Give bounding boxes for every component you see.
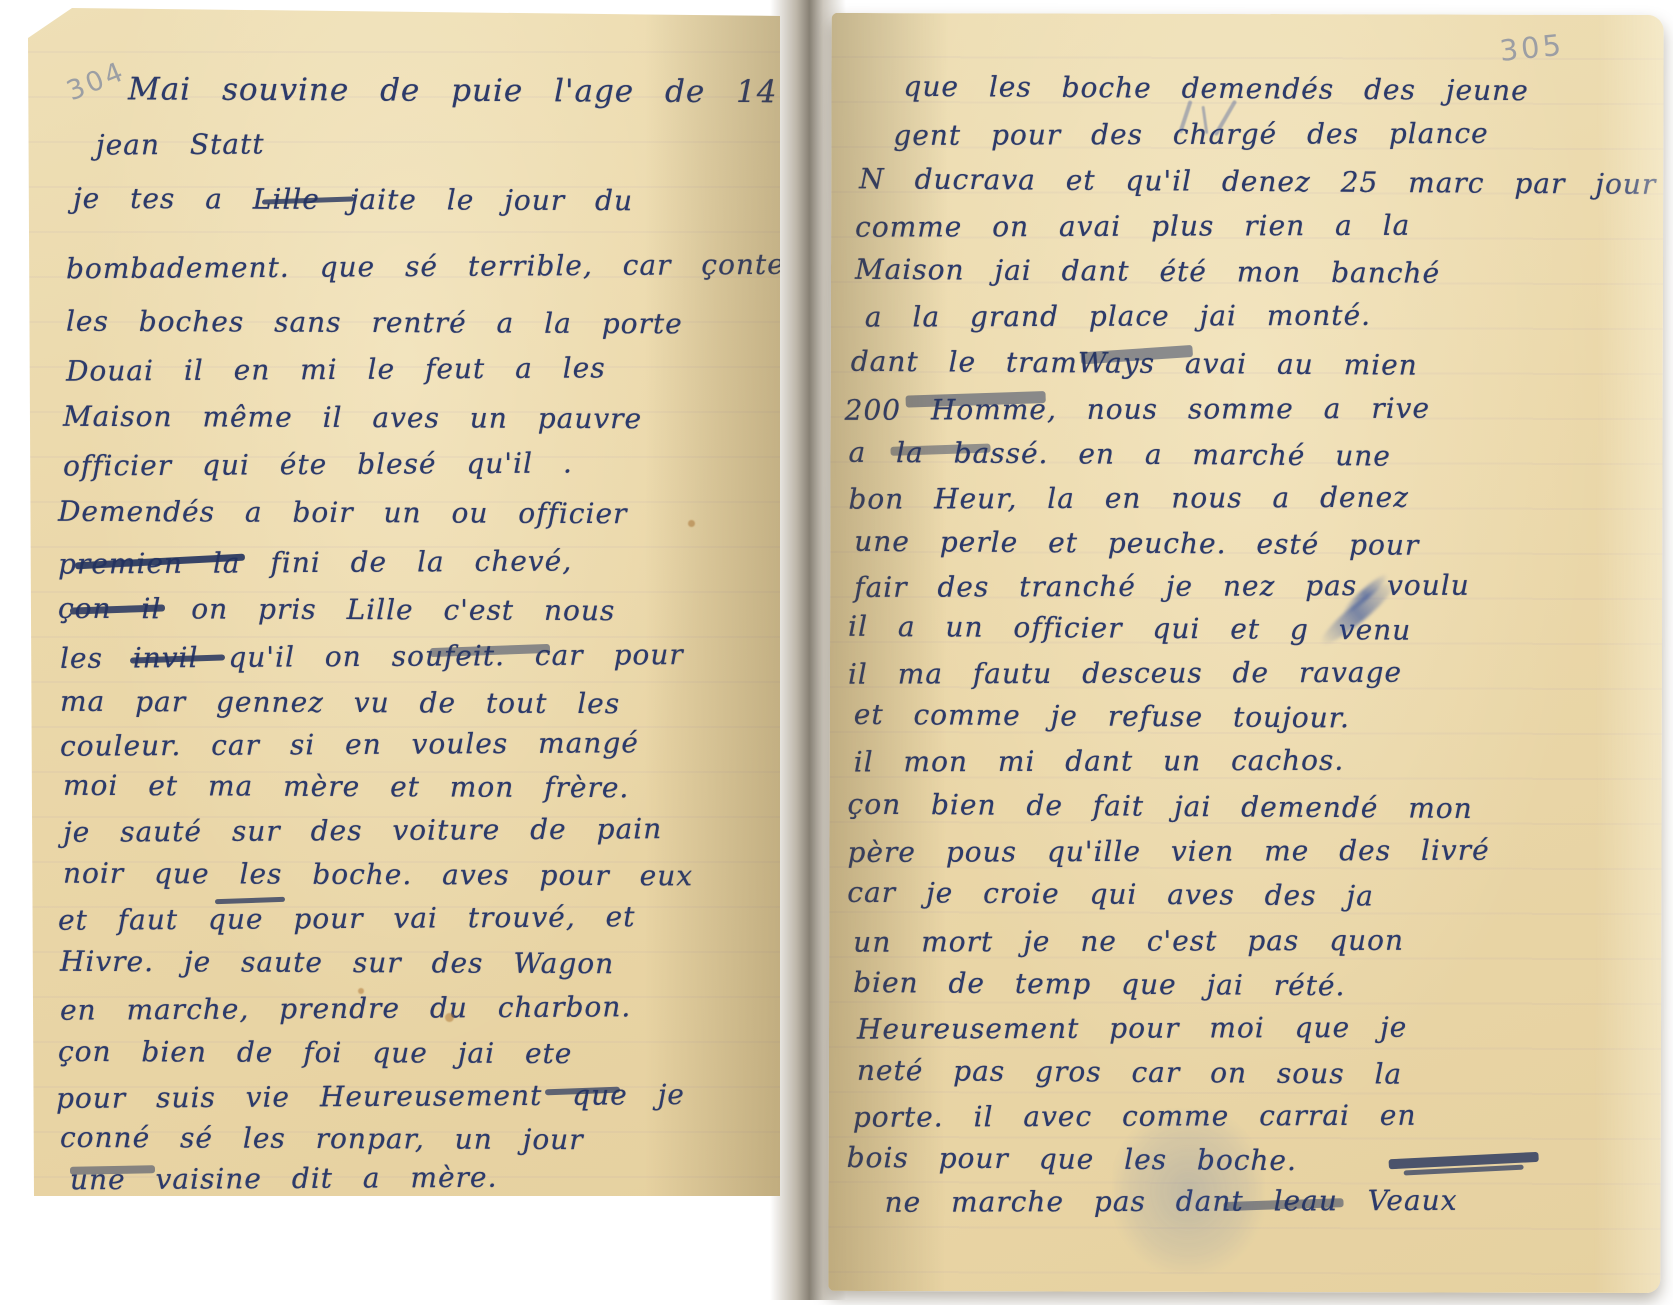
page-number-left: 304 [62,56,130,107]
handwriting-line: çon bien de fait jai demendé mon [847,788,1472,825]
handwriting-line: moi et ma mère et mon frère. [63,769,629,804]
handwriting-line: pour suis vie Heureusement que je [56,1078,685,1115]
handwriting-line: bois pour que les boche. [847,1141,1298,1177]
diary-scan: 304 Mai souvine de puie l'age de 14 ansj… [0,0,1673,1305]
handwriting-line: fair des tranché je nez pas voulu [854,569,1470,604]
right-page: 305 que les boche demendés des jeunegent… [828,13,1663,1293]
handwriting-line: père pous qu'ille vien me des livré [847,834,1489,869]
ink-stain [688,520,695,527]
handwriting-line: jean Statt [96,127,265,161]
handwriting-line: et comme je refuse toujour. [854,698,1350,734]
handwriting-line: ne marche pas dant leau Veaux [885,1184,1458,1219]
handwriting-line: une perle et peuche. esté pour [854,525,1419,562]
left-page: 304 Mai souvine de puie l'age de 14 ansj… [28,8,780,1196]
handwriting-line: un mort je ne c'est pas quon [853,924,1404,959]
handwriting-line: a la bassé. en a marché une [848,436,1391,473]
handwriting-line: il mon mi dant un cachos. [854,744,1345,779]
handwriting-line: çon il on pris Lille c'est nous [58,592,615,627]
ink-strikethrough [1389,1152,1539,1169]
handwriting-line: car je croie qui aves des ja [847,876,1374,913]
handwriting-line: conné sé les ronpar, un jour [60,1121,584,1156]
handwriting-line: les invil qu'il on soufeit. car pour [60,638,684,675]
handwriting-line: il ma fautu desceus de ravage [848,656,1402,691]
handwriting-line: 200 Homme, nous somme a rive [845,392,1431,427]
handwriting-line: çon bien de foi que jai ete [58,1035,573,1070]
handwriting-line: comme on avai plus rien a la [855,209,1410,244]
handwriting-line: officier qui éte blesé qu'il . [63,446,573,482]
handwriting-line: Heureusement pour moi que je [857,1011,1407,1046]
handwriting-line: il a un officier qui et g venu [848,610,1411,647]
handwriting-line: que les boche demendés des jeune [903,70,1528,107]
handwriting-line: noir que les boche. aves pour eux [63,857,693,893]
handwriting-line: Demendés a boir un ou officier [58,495,628,530]
handwriting-line: Mai souvine de puie l'age de 14 ans [128,71,866,110]
handwriting-line: porte. il avec comme carrai en [853,1099,1417,1134]
handwriting-line: Maison jai dant été mon banché [855,253,1440,290]
handwriting-line: bon Heur, la en nous a denez [848,481,1409,516]
handwriting-line: dant le tramWays avai au mien [851,345,1418,382]
handwriting-line: je tes a Lille jaite le jour du [73,182,633,217]
handwriting-line: et faut que pour vai trouvé, et [58,900,636,937]
handwriting-line: Douai il en mi le feut a les [66,351,606,387]
handwriting-line: a la grand place jai monté. [865,299,1371,334]
handwriting-line: je sauté sur des voiture de pain [63,812,662,849]
handwriting-line: les boches sans rentré a la porte [66,305,683,341]
handwriting-line: bien de temp que jai rété. [853,966,1346,1002]
handwriting-line: Hivre. je saute sur des Wagon [60,945,614,980]
handwriting-line: N ducrava et qu'il denez 25 marc par jou… [859,162,1656,201]
handwriting-line: une vaisine dit a mère. [70,1161,498,1197]
handwriting-line: bombadement. que sé terrible, car çonte [66,248,785,285]
handwriting-line: en marche, prendre du charbon. [60,990,631,1026]
handwriting-line: ma par gennez vu de tout les [60,685,620,720]
handwriting-line: couleur. car si en voules mangé [60,726,639,763]
handwriting-line: premien la fini de la chevé, [58,544,572,580]
ink-strikethrough [1404,1165,1524,1176]
handwriting-line: neté pas gros car on sous la [857,1054,1402,1091]
handwriting-line: gent pour des chargé des plance [893,117,1488,152]
page-number-right: 305 [1498,28,1565,68]
handwriting-line: Maison même il aves un pauvre [63,400,642,436]
